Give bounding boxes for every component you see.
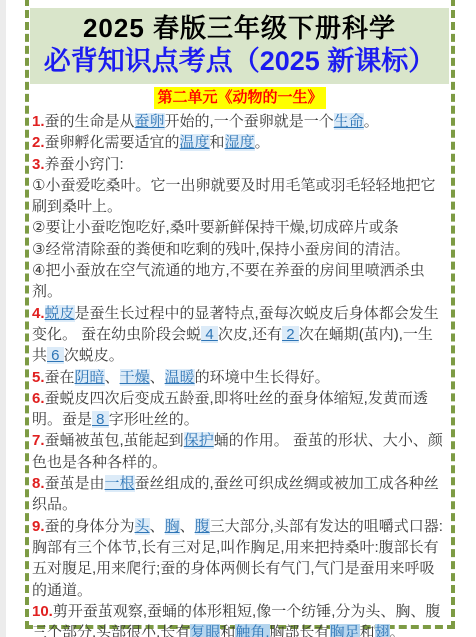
key-term: 触角, <box>235 624 269 637</box>
document-header: 2025 春版三年级下册科学 必背知识点考点（2025 新课标） 第二单元《动物… <box>29 8 451 109</box>
item-number: 5. <box>32 369 45 386</box>
item-number: 2. <box>32 134 45 151</box>
item-number: 6. <box>32 390 45 407</box>
item-text: 胸部长有 <box>270 624 330 637</box>
key-term: 6 <box>47 347 64 364</box>
item-text: 和 <box>210 134 225 151</box>
key-term: 腹 <box>195 518 210 535</box>
knowledge-item: 3.养蚕小窍门: <box>32 154 443 175</box>
item-text: 蚕的身体分为 <box>45 518 135 535</box>
key-term: 温暖 <box>165 369 195 386</box>
item-text: 养蚕小窍门: <box>45 156 124 173</box>
key-term: 8 <box>92 411 109 428</box>
key-term: 翅 <box>375 624 390 637</box>
item-number: 3. <box>32 156 45 173</box>
item-number: 1. <box>32 113 45 130</box>
item-text: 开始的,一个蚕卵就是一个 <box>165 113 334 130</box>
unit-badge: 第二单元《动物的一生》 <box>154 87 325 109</box>
page-left-edge <box>0 0 6 637</box>
item-text: 的环境中生长得好。 <box>195 369 330 386</box>
item-text: ③经常清除蚕的粪便和吃剩的残叶,保持小蚕房间的清洁。 <box>32 241 410 258</box>
item-text: 次蜕皮。 <box>64 347 124 364</box>
item-text: 和 <box>360 624 375 637</box>
item-text: 。 <box>390 624 405 637</box>
knowledge-item: 4.蜕皮是蚕生长过程中的显著特点,蚕每次蜕皮后身体都会发生变化。 蚕在幼虫阶段会… <box>32 303 443 367</box>
key-term: 复眼 <box>190 624 220 637</box>
dashed-border-frame: 2025 春版三年级下册科学 必背知识点考点（2025 新课标） 第二单元《动物… <box>25 0 455 629</box>
key-term: 温度 <box>180 134 210 151</box>
item-number: 10. <box>32 603 53 620</box>
key-term: 阴暗 <box>75 369 105 386</box>
knowledge-item: 2.蚕卵孵化需要适宜的温度和湿度。 <box>32 132 443 153</box>
page-title: 2025 春版三年级下册科学 <box>30 13 449 44</box>
item-text: 字形吐丝的。 <box>109 411 199 428</box>
knowledge-item: ③经常清除蚕的粪便和吃剩的残叶,保持小蚕房间的清洁。 <box>32 239 443 260</box>
unit-badge-row: 第二单元《动物的一生》 <box>29 87 451 109</box>
knowledge-item: ②要让小蚕吃饱吃好,桑叶要新鲜保持干燥,切成碎片或条 <box>32 217 443 238</box>
item-text: 蚕的生命是从 <box>45 113 135 130</box>
key-term: 胸足 <box>330 624 360 637</box>
item-text: 。 <box>364 113 379 130</box>
item-text: 次皮,还有 <box>218 326 282 343</box>
item-text: 和 <box>220 624 235 637</box>
key-term: 湿度 <box>225 134 255 151</box>
key-term: 生命 <box>334 113 364 130</box>
knowledge-item: ④把小蚕放在空气流通的地方,不要在养蚕的房间里喷洒杀虫剂。 <box>32 260 443 303</box>
knowledge-item: 9.蚕的身体分为头、胸、腹三大部分,头部有发达的咀嚼式口器:胸部有三个体节,长有… <box>32 516 443 601</box>
key-term: 2 <box>282 326 299 343</box>
item-text: 。 <box>255 134 270 151</box>
item-text: 、 <box>180 518 195 535</box>
knowledge-item: 7.蚕蛹被茧包,茧能起到保护蛹的作用。 蚕茧的形状、大小、颜色也是各种各样的。 <box>32 430 443 473</box>
knowledge-item: ①小蚕爱吃桑叶。它一出卵就要及时用毛笔或羽毛轻轻地把它刷到桑叶上。 <box>32 175 443 218</box>
item-text: 、 <box>150 369 165 386</box>
item-text: ④把小蚕放在空气流通的地方,不要在养蚕的房间里喷洒杀虫剂。 <box>32 262 425 300</box>
key-term: 4 <box>201 326 218 343</box>
item-number: 7. <box>32 432 45 449</box>
item-text: 、 <box>150 518 165 535</box>
key-term: 干燥 <box>120 369 150 386</box>
item-text: 蚕蛹被茧包,茧能起到 <box>45 432 184 449</box>
knowledge-item: 1.蚕的生命是从蚕卵开始的,一个蚕卵就是一个生命。 <box>32 111 443 132</box>
knowledge-item: 8.蚕茧是由一根蚕丝组成的,蚕丝可织成丝绸或被加工成各种丝织品。 <box>32 473 443 516</box>
knowledge-item: 6.蚕蜕皮四次后变成五龄蚕,即将吐丝的蚕身体缩短,发黄而透明。蚕是 8 字形吐丝… <box>32 388 443 431</box>
item-number: 8. <box>32 475 45 492</box>
knowledge-list: 1.蚕的生命是从蚕卵开始的,一个蚕卵就是一个生命。2.蚕卵孵化需要适宜的温度和湿… <box>32 111 443 637</box>
key-term: 头 <box>135 518 150 535</box>
knowledge-item: 10.剪开蚕茧观察,蚕蛹的体形粗短,像一个纺锤,分为头、胸、腹三个部分,头部很小… <box>32 601 443 637</box>
item-text: 、 <box>105 369 120 386</box>
key-term: 胸 <box>165 518 180 535</box>
item-text: 蚕卵孵化需要适宜的 <box>45 134 180 151</box>
item-number: 9. <box>32 518 45 535</box>
page-subtitle: 必背知识点考点（2025 新课标） <box>30 45 449 77</box>
item-text: ①小蚕爱吃桑叶。它一出卵就要及时用毛笔或羽毛轻轻地把它刷到桑叶上。 <box>32 177 435 215</box>
item-text: 蚕在 <box>45 369 75 386</box>
key-term: 一根 <box>105 475 135 492</box>
item-text: 蚕茧是由 <box>45 475 105 492</box>
item-text: ②要让小蚕吃饱吃好,桑叶要新鲜保持干燥,切成碎片或条 <box>32 219 399 236</box>
item-number: 4. <box>32 305 45 322</box>
key-term: 蚕卵 <box>135 113 165 130</box>
header-banner: 2025 春版三年级下册科学 必背知识点考点（2025 新课标） <box>30 8 449 84</box>
knowledge-item: 5.蚕在阴暗、干燥、温暖的环境中生长得好。 <box>32 367 443 388</box>
key-term: 保护 <box>184 432 214 449</box>
key-term: 蜕皮 <box>45 305 75 322</box>
